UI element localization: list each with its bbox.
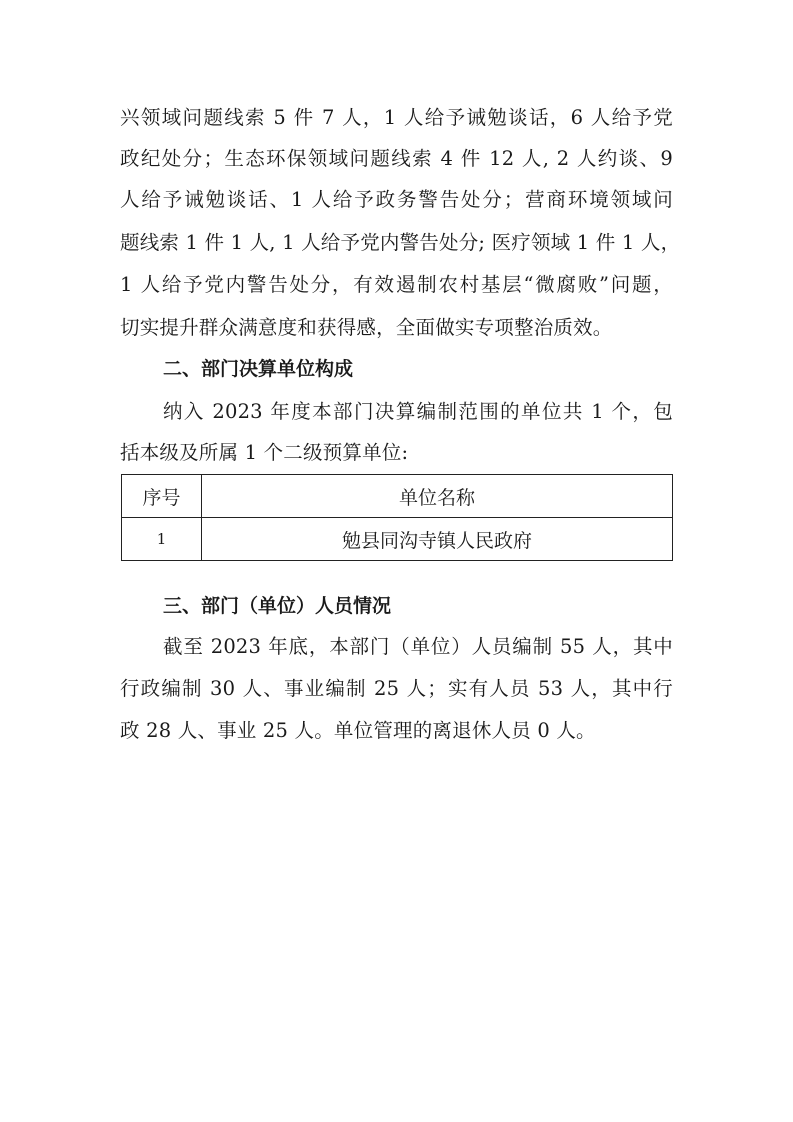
table-row: 1 勉县同沟寺镇人民政府: [122, 518, 673, 561]
paragraph-line: 行政编制 30 人、事业编制 25 人；实有人员 53 人，其中行: [120, 677, 673, 701]
table-cell-unit-name: 勉县同沟寺镇人民政府: [202, 518, 673, 561]
paragraph-line: 括本级及所属 1 个二级预算单位:: [120, 441, 673, 465]
paragraph-line: 题线索 1 件 1 人, 1 人给予党内警告处分; 医疗领域 1 件 1 人，: [120, 231, 673, 255]
table-header-index: 序号: [122, 475, 202, 518]
table-header-row: 序号 单位名称: [122, 475, 673, 518]
section-heading-unit-composition: 二、部门决算单位构成: [163, 357, 353, 381]
paragraph-line: 切实提升群众满意度和获得感，全面做实专项整治质效。: [120, 316, 673, 340]
paragraph-line: 政 28 人、事业 25 人。单位管理的离退休人员 0 人。: [120, 719, 673, 743]
paragraph-line: 1 人给予党内警告处分，有效遏制农村基层“微腐败”问题，: [120, 273, 673, 297]
table-header-unit-name: 单位名称: [202, 475, 673, 518]
unit-table: 序号 单位名称 1 勉县同沟寺镇人民政府: [121, 474, 673, 561]
document-page: 兴领域问题线索 5 件 7 人，1 人给予诫勉谈话，6 人给予党 政纪处分；生态…: [0, 0, 793, 1122]
section-heading-staff: 三、部门（单位）人员情况: [163, 594, 391, 618]
paragraph-line: 政纪处分；生态环保领域问题线索 4 件 12 人, 2 人约谈、9: [120, 147, 673, 171]
paragraph-line: 人给予诫勉谈话、1 人给予政务警告处分；营商环境领域问: [120, 188, 673, 212]
paragraph-line: 纳入 2023 年度本部门决算编制范围的单位共 1 个，包: [163, 400, 673, 424]
table-cell-index: 1: [122, 518, 202, 561]
paragraph-line: 截至 2023 年底，本部门（单位）人员编制 55 人，其中: [163, 635, 673, 659]
paragraph-line: 兴领域问题线索 5 件 7 人，1 人给予诫勉谈话，6 人给予党: [120, 106, 673, 130]
